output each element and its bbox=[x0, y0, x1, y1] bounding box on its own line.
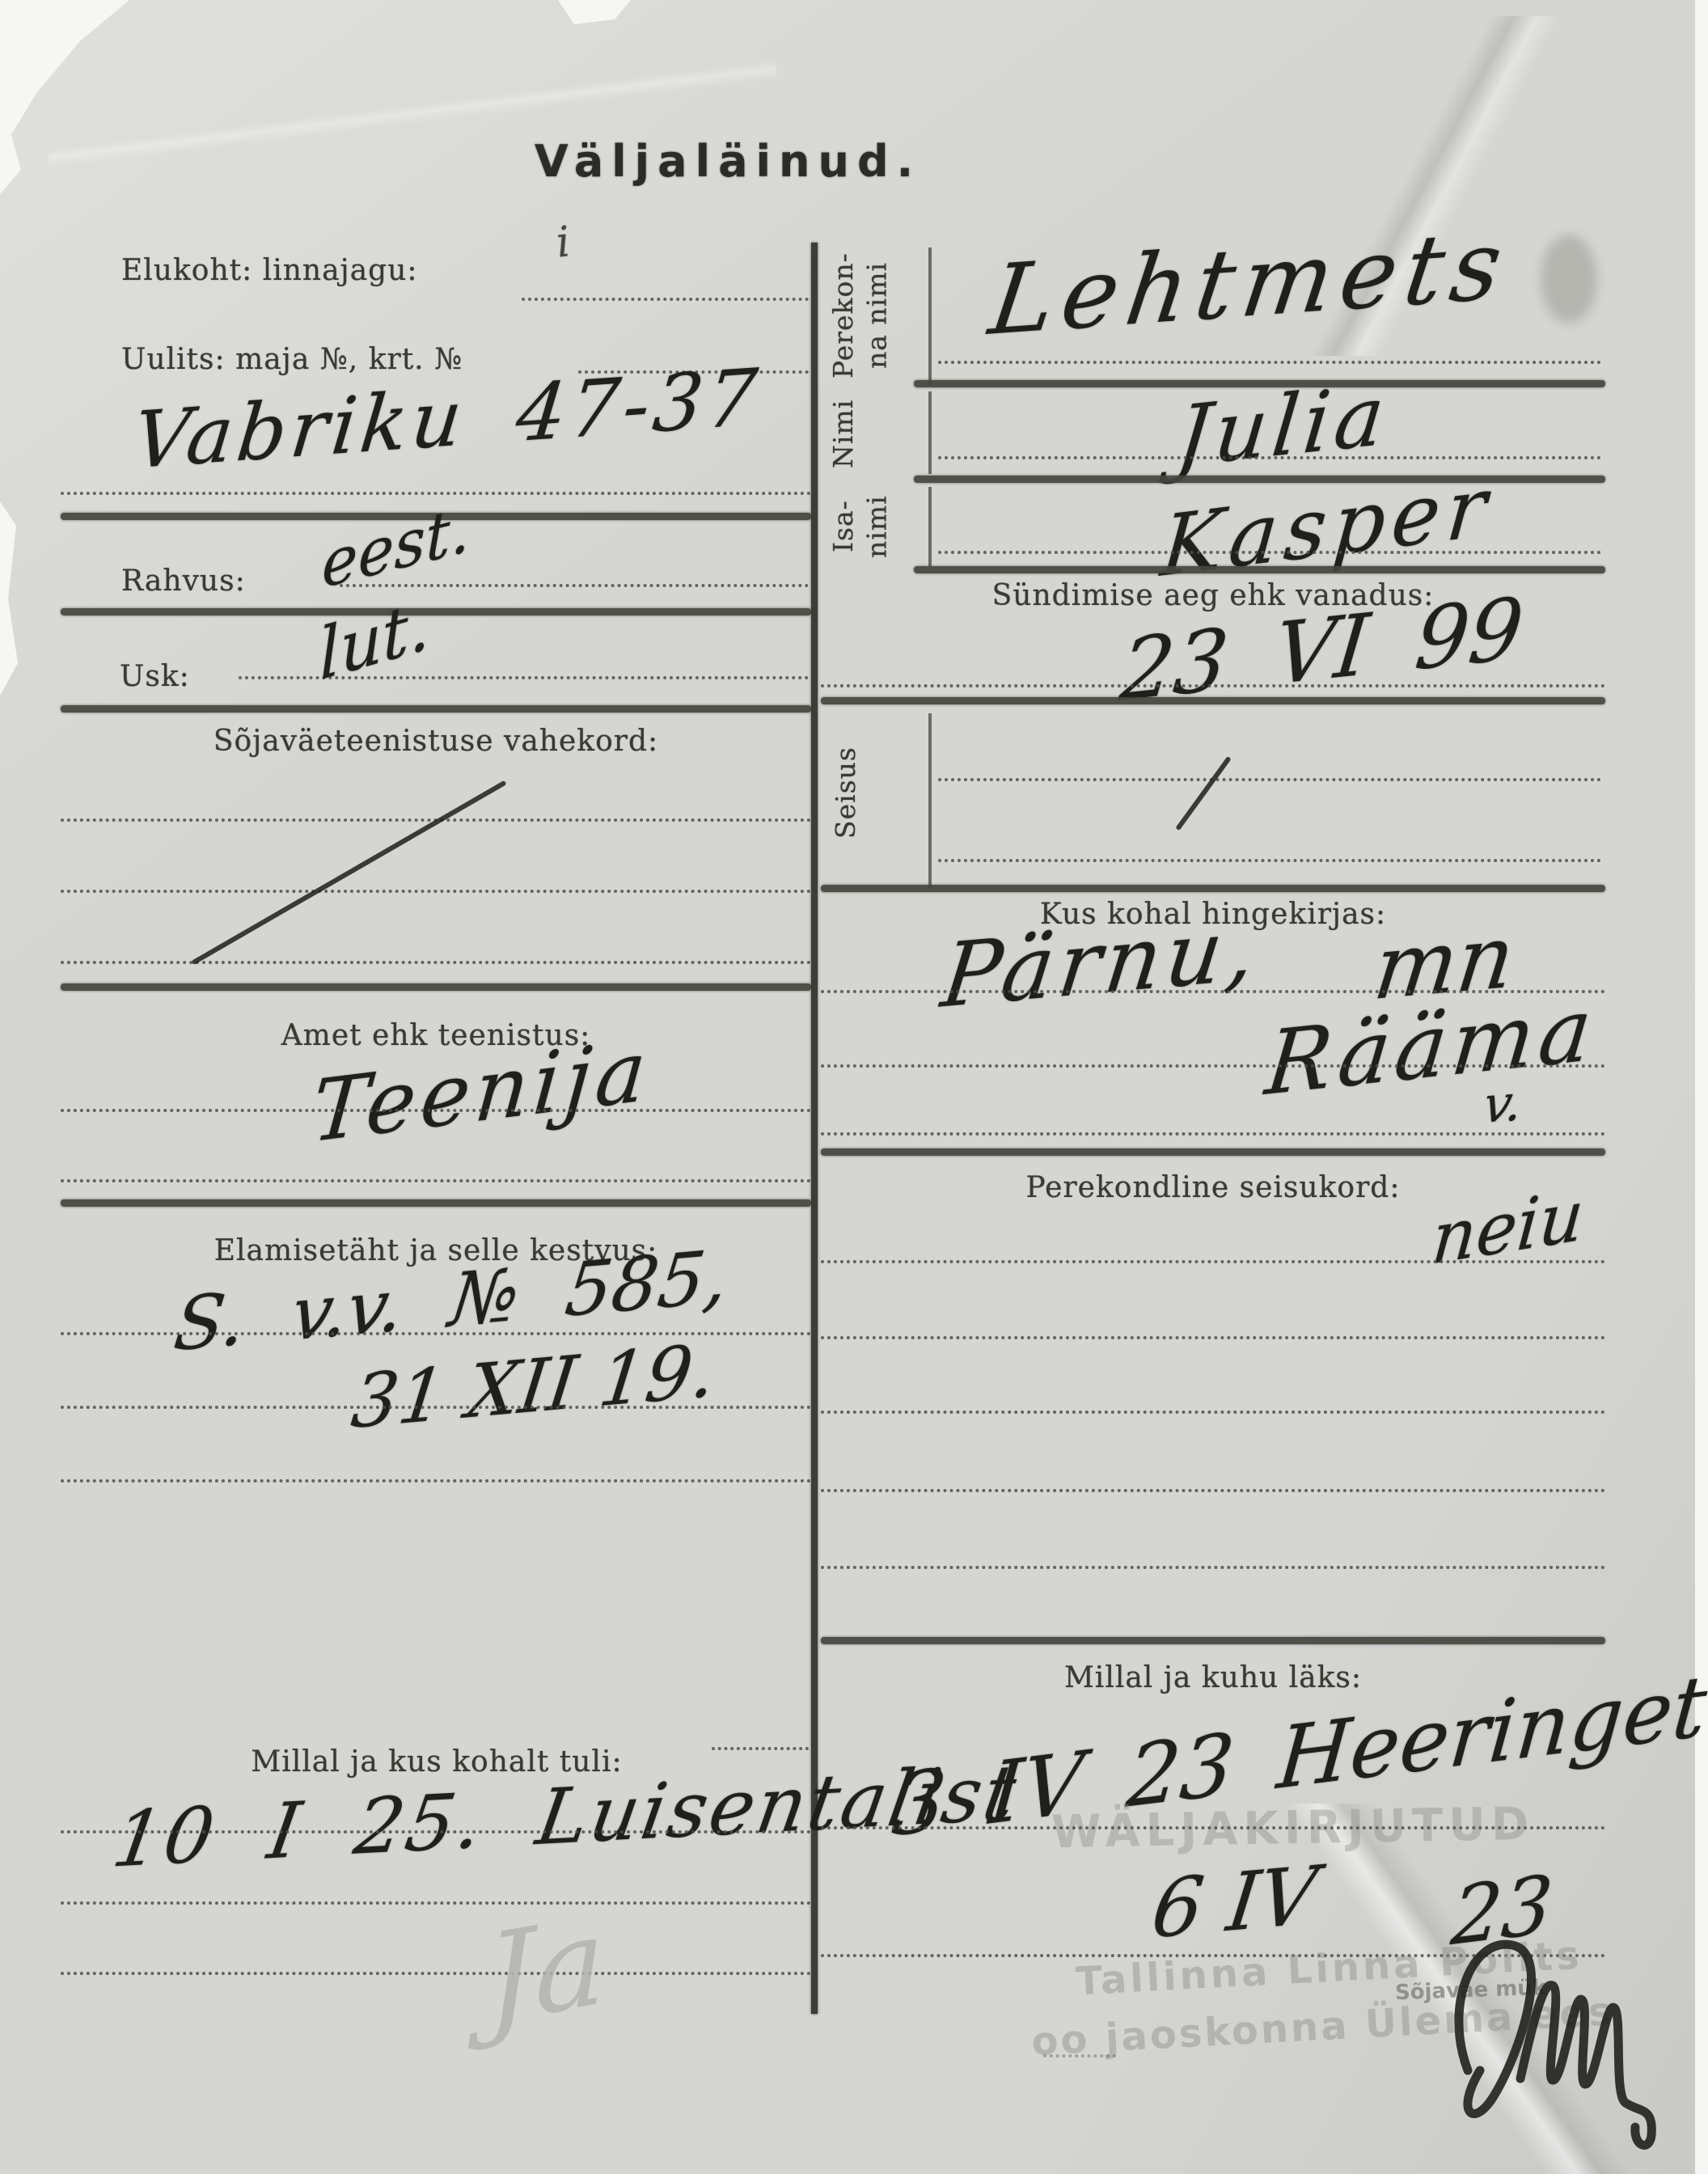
label-separator bbox=[928, 713, 932, 888]
write-line bbox=[821, 1411, 1605, 1414]
write-line bbox=[938, 551, 1601, 554]
section-rule bbox=[821, 885, 1605, 892]
section-rule bbox=[914, 566, 1605, 573]
label-separator bbox=[928, 487, 932, 566]
ink-blot bbox=[1541, 235, 1597, 324]
section-rule bbox=[821, 1148, 1605, 1156]
handwriting-millal-laks-line2: 6 IV bbox=[1147, 1849, 1321, 1956]
write-line bbox=[821, 1826, 1605, 1829]
write-line bbox=[340, 584, 809, 587]
write-line bbox=[61, 1972, 811, 1975]
write-line bbox=[938, 456, 1601, 459]
write-line bbox=[61, 961, 811, 964]
write-line bbox=[938, 778, 1601, 781]
section-rule bbox=[61, 1199, 811, 1207]
write-line bbox=[61, 1179, 811, 1182]
write-line bbox=[821, 1260, 1605, 1263]
field-label-isanimi: Isa-nimi bbox=[827, 484, 904, 569]
write-line bbox=[61, 1901, 811, 1905]
write-line bbox=[61, 1479, 811, 1482]
write-line bbox=[821, 1064, 1605, 1068]
write-line bbox=[821, 684, 1605, 687]
write-line bbox=[61, 1109, 811, 1112]
field-label-rahvus: Rahvus: bbox=[121, 565, 246, 598]
section-rule bbox=[821, 1637, 1605, 1644]
write-line bbox=[821, 1489, 1605, 1492]
column-divider bbox=[811, 243, 818, 2014]
write-line bbox=[61, 492, 811, 495]
scan-edge-right bbox=[1695, 0, 1708, 2174]
section-rule bbox=[914, 476, 1605, 483]
write-line bbox=[821, 1132, 1605, 1136]
pencil-note: Ja bbox=[484, 1889, 607, 2053]
section-rule bbox=[821, 697, 1605, 704]
section-heading-sojavae: Sõjaväeteenistuse vahekord: bbox=[61, 725, 811, 758]
label-separator bbox=[928, 391, 932, 474]
field-label-seisus: Seisus bbox=[829, 740, 877, 845]
write-line bbox=[938, 859, 1601, 862]
document-title: Väljaläinud. bbox=[445, 136, 1011, 187]
field-label-nimi: Nimi bbox=[827, 390, 875, 477]
field-label-uulits: Uulits: maja №, krt. № bbox=[121, 343, 463, 376]
section-rule bbox=[61, 705, 811, 713]
field-label-elukoht: Elukoht: linnajagu: bbox=[121, 254, 418, 287]
write-line bbox=[61, 890, 811, 893]
field-label-usk: Usk: bbox=[120, 660, 190, 693]
write-line bbox=[821, 1336, 1605, 1339]
write-line bbox=[821, 1566, 1605, 1569]
label-separator bbox=[928, 247, 932, 385]
write-line bbox=[938, 361, 1601, 364]
field-label-perekonnanimi: Perekon-na nimi bbox=[827, 244, 904, 387]
write-line bbox=[61, 1406, 811, 1409]
section-rule bbox=[61, 608, 811, 615]
write-line bbox=[712, 1747, 809, 1750]
write-line bbox=[522, 298, 809, 301]
signature-scribble bbox=[1423, 1909, 1698, 2159]
scanned-document: Väljaläinud. Elukoht: linnajagu: i Uulit… bbox=[0, 0, 1708, 2174]
section-rule bbox=[61, 983, 811, 991]
stamp-underline bbox=[1043, 2054, 1116, 2058]
write-line bbox=[61, 1830, 811, 1834]
